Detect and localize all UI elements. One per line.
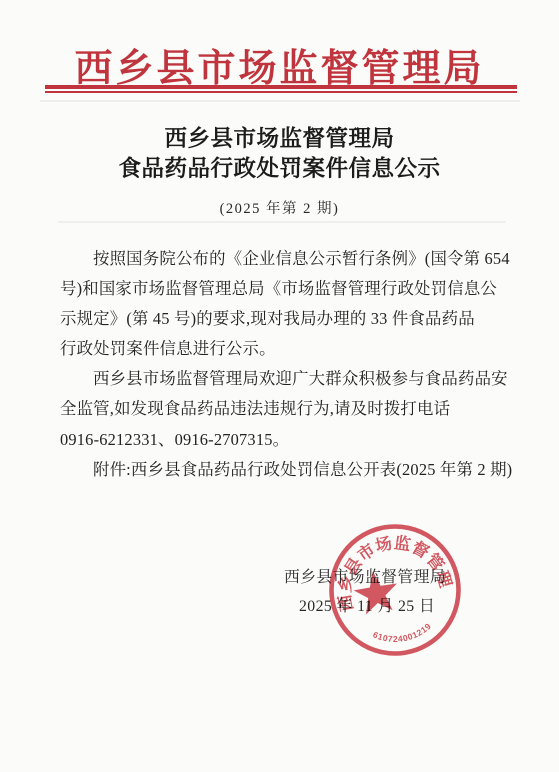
body-line: 行政处罚案件信息进行公示。	[60, 334, 520, 364]
document-title-line1: 西乡县市场监督管理局	[0, 124, 559, 154]
body-line: 号)和国家市场监督管理总局《市场监督管理行政处罚信息公	[60, 274, 520, 304]
scan-artifact-line	[58, 221, 506, 223]
attachment-line: 附件:西乡县食品药品行政处罚信息公开表(2025 年第 2 期)	[60, 455, 520, 485]
scan-artifact-line	[40, 100, 520, 102]
seal-code: 6107240012194	[300, 495, 435, 657]
issue-number: (2025 年第 2 期)	[0, 197, 559, 218]
body-line: 全监管,如发现食品药品违法违规行为,请及时拨打电话	[60, 394, 520, 424]
document-page: 西乡县市场监督管理局 西乡县市场监督管理局 食品药品行政处罚案件信息公示 (20…	[0, 0, 559, 772]
body-line: 按照国务院公布的《企业信息公示暂行条例》(国令第 654	[60, 244, 520, 274]
letterhead-rule-thick	[45, 85, 517, 89]
letterhead-title: 西乡县市场监督管理局	[0, 37, 559, 92]
body-text: 按照国务院公布的《企业信息公示暂行条例》(国令第 654 号)和国家市场监督管理…	[60, 244, 520, 485]
document-title-line2: 食品药品行政处罚案件信息公示	[0, 154, 559, 184]
body-line: 西乡县市场监督管理局欢迎广大群众积极参与食品药品安	[60, 364, 520, 394]
letterhead-rule-thin	[45, 91, 517, 93]
body-line: 0916-6212331、0916-2707315。	[60, 425, 520, 455]
official-seal-stamp: 西乡县市场监督管理局 6107240012194	[300, 495, 490, 685]
document-title: 西乡县市场监督管理局 食品药品行政处罚案件信息公示	[0, 124, 559, 184]
body-line: 示规定》(第 45 号)的要求,现对我局办理的 33 件食品药品	[60, 304, 520, 334]
